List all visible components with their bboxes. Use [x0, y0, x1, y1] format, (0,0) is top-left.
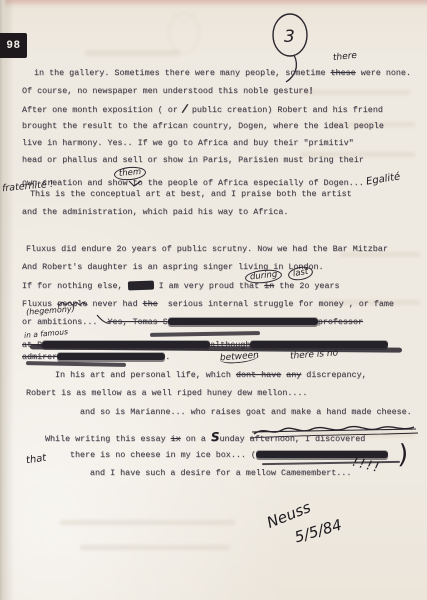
typed-text: In his art and personal life, which	[55, 370, 236, 380]
typed-text: on a	[181, 434, 211, 444]
typed-text: or ambitions...	[22, 317, 107, 327]
ink-scribble	[57, 353, 165, 360]
typed-text: never had	[87, 299, 142, 309]
typed-text: While writing this essay	[45, 434, 171, 444]
typed-line: Fluxus people never had the serious inte…	[22, 299, 394, 309]
typed-text: the 2o years	[274, 281, 339, 291]
ink-scribble	[168, 318, 318, 325]
pen-circle: last	[287, 265, 314, 282]
typed-text: public creation) Robert and his friend	[187, 105, 383, 115]
typed-text: serious internal struggle for money , or…	[158, 299, 394, 309]
typed-text: there is no cheese in my ice box... (	[70, 450, 256, 460]
handwritten-insertion-last: last	[287, 265, 314, 282]
ink-scribble	[150, 331, 260, 337]
typed-line: live in harmony. Yes.. If we go to Afric…	[22, 138, 354, 148]
typed-line: After one month exposition ( or / public…	[22, 104, 383, 115]
struck-text: dont have	[236, 370, 281, 380]
ink-scribble	[26, 361, 126, 367]
bleed-through-ghost	[168, 12, 200, 54]
bleed-through-ghost	[300, 90, 410, 95]
struck-text: these	[331, 68, 356, 78]
typed-exclamation-mark: !	[308, 85, 313, 98]
typed-text: .	[165, 352, 170, 362]
typed-line: This is the conceptual art at best, and …	[30, 189, 352, 199]
struck-text: any	[286, 370, 301, 380]
typed-text: Of course, no newspaper men understood t…	[22, 86, 308, 96]
ink-scribble	[256, 451, 388, 458]
margin-note-egalite: Egalité	[365, 171, 401, 187]
caret-mark	[128, 180, 142, 188]
typed-text: to the people of Africa especially of Do…	[128, 178, 364, 188]
bleed-through-ghost	[85, 50, 180, 56]
struck-text: the	[143, 299, 158, 309]
typed-line: own creation and show to the people of A…	[22, 178, 364, 188]
typed-text: If for nothing else,	[22, 281, 128, 291]
typed-line: in the gallery. Sometimes there were man…	[34, 68, 411, 78]
typed-line: and so is Marianne... who raises goat an…	[80, 407, 412, 417]
typed-line: In his art and personal life, which dont…	[55, 370, 367, 380]
page-number-badge: 98	[0, 33, 27, 58]
typed-line: Fluxus did endure 2o years of public scr…	[26, 244, 388, 254]
handwritten-slash-mark: /	[182, 104, 187, 114]
ink-scribble	[127, 281, 153, 291]
typed-text: unday afternoon, I discovered	[220, 434, 366, 444]
typed-text: discrepancy,	[301, 370, 366, 380]
struck-text: ix	[171, 434, 181, 444]
typed-line: head or phallus and sell or show in Pari…	[22, 155, 364, 165]
page-left-edge	[0, 0, 14, 600]
handwritten-closing-paren: )	[397, 440, 409, 471]
typed-text: After one month exposition ( or	[22, 105, 183, 115]
page-number-handwritten: 3	[284, 27, 295, 47]
typed-line: brought the result to the african countr…	[22, 121, 384, 131]
struck-text: professor	[318, 317, 363, 327]
typed-line: and I have such a desire for a mellow Ca…	[90, 468, 351, 478]
handwritten-insertion-that: that	[25, 453, 47, 467]
typed-text: in the gallery. Sometimes there were man…	[34, 68, 331, 78]
typed-text: were none.	[356, 68, 411, 78]
typed-line: While writing this essay ix on a Sunday …	[45, 432, 365, 444]
signature-date: 5/5/84	[292, 516, 343, 547]
page-top-edge	[0, 0, 427, 6]
typed-line: and the administration, which paid his w…	[22, 207, 288, 217]
bleed-through-ghost	[60, 520, 235, 525]
typed-line: If for nothing else, I am very proud tha…	[22, 281, 340, 291]
handwritten-capital-s: S	[211, 432, 220, 443]
typed-line: there is no cheese in my ice box... (	[70, 450, 388, 460]
handwritten-note-hegemony: (hegemony)	[26, 304, 75, 316]
typed-line: Of course, no newspaper men understood t…	[22, 86, 314, 96]
handwritten-note-in-a-famous: in a famous	[24, 327, 69, 340]
bleed-through-ghost	[80, 545, 230, 550]
struck-text: Yes, Tomas S	[107, 317, 167, 327]
handwritten-correction-there: there	[333, 51, 358, 63]
handwritten-insertion-there-is-no: there is no	[290, 348, 339, 361]
handwritten-insertion-between: between	[220, 351, 260, 365]
manuscript-page: 98 3 in the gallery. Sometimes there wer…	[0, 0, 427, 600]
typed-line: Robert is as mellow as a well riped hune…	[26, 388, 307, 398]
typed-line: or ambitions... Yes, Tomas Sprofessor	[22, 317, 363, 327]
